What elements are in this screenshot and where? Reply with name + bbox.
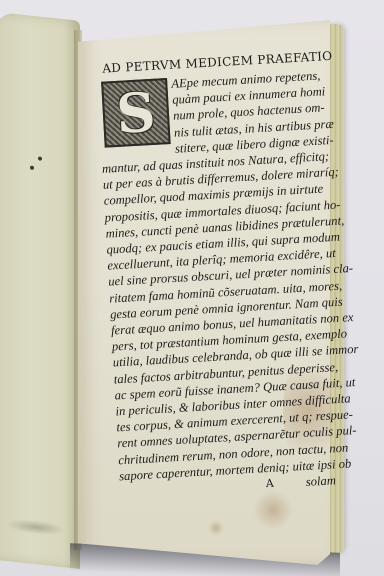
decorated-initial: S [101, 78, 171, 148]
photo-scene: AD PETRVM MEDICEM PRAEFATIO S AEpe mecum… [0, 0, 384, 576]
catchword: solam [305, 472, 336, 490]
foxing-stain [208, 520, 224, 536]
initial-letter: S [115, 85, 157, 141]
signature-mark: A [265, 476, 274, 492]
left-page-blank [0, 12, 80, 569]
wormhole-mark [38, 156, 42, 160]
page-stain [6, 517, 66, 537]
wormhole-mark [30, 166, 34, 170]
foxing-stain [253, 490, 293, 530]
printed-text-block: AD PETRVM MEDICEM PRAEFATIO S AEpe mecum… [96, 50, 338, 501]
